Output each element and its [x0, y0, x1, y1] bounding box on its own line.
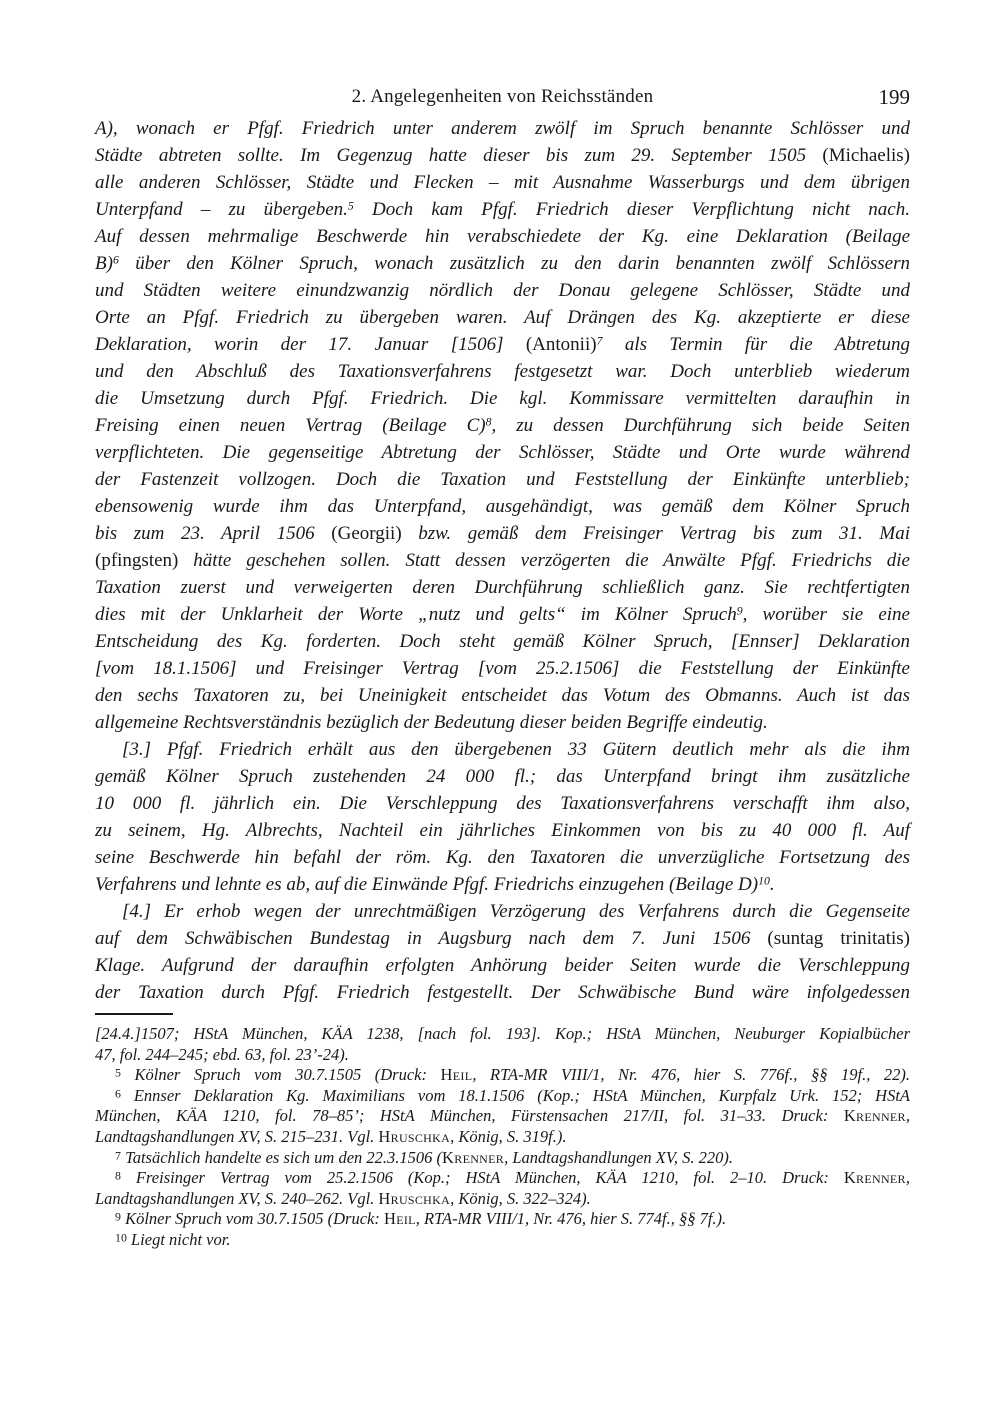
body-text-line: verpflichteten. Die gegenseitige Abtretu…	[95, 439, 910, 466]
running-head: 2. Angelegenheiten von Reichsständen 199	[95, 84, 910, 110]
body-text-line: Deklaration, worin der 17. Januar [1506]…	[95, 331, 910, 358]
body-text-line: auf dem Schwäbischen Bundestag in Augsbu…	[95, 925, 910, 952]
body-text-line: den sechs Taxatoren zu, bei Uneinigkeit …	[95, 682, 910, 709]
book-page: 2. Angelegenheiten von Reichsständen 199…	[0, 0, 1004, 1418]
body-text-line: Städte abtreten sollte. Im Gegenzug hatt…	[95, 142, 910, 169]
footnotes: [24.4.]1507; HStA München, KÄA 1238, [na…	[95, 1024, 910, 1251]
body-text-line: dies mit der Unklarheit der Worte „nutz …	[95, 601, 910, 628]
body-text-line: Verfahrens und lehnte es ab, auf die Ein…	[95, 871, 910, 898]
footnote-line: Landtagshandlungen XV, S. 240–262. Vgl. …	[95, 1189, 910, 1210]
body-text-line: B)6 über den Kölner Spruch, wonach zusät…	[95, 250, 910, 277]
body-text-line: ebensowenig wurde ihm das Unterpfand, au…	[95, 493, 910, 520]
footnote-line: 47, fol. 244–245; ebd. 63, fol. 23’-24).	[95, 1045, 910, 1066]
footnote-line: 7 Tatsächlich handelte es sich um den 22…	[95, 1148, 910, 1169]
body-text-line: zu seinem, Hg. Albrechts, Nachteil ein j…	[95, 817, 910, 844]
body-text-line: Freising einen neuen Vertrag (Beilage C)…	[95, 412, 910, 439]
body-text-line: Auf dessen mehrmalige Beschwerde hin ver…	[95, 223, 910, 250]
body-text-line: [4.] Er erhob wegen der unrechtmäßigen V…	[95, 898, 910, 925]
body-text-line: die Umsetzung durch Pfgf. Friedrich. Die…	[95, 385, 910, 412]
body-text-line: bis zum 23. April 1506 (Georgii) bzw. ge…	[95, 520, 910, 547]
body-text-line: Unterpfand – zu übergeben.5 Doch kam Pfg…	[95, 196, 910, 223]
footnote-line: München, KÄA 1210, fol. 78–85’; HStA Mün…	[95, 1106, 910, 1127]
footnote-line: 6 Ennser Deklaration Kg. Maximilians vom…	[95, 1086, 910, 1107]
footnote-separator	[95, 1013, 173, 1015]
body-text-line: seine Beschwerde hin befahl der röm. Kg.…	[95, 844, 910, 871]
body-text-line: gemäß Kölner Spruch zustehenden 24 000 f…	[95, 763, 910, 790]
body-text-line: allgemeine Rechtsverständnis bezüglich d…	[95, 709, 910, 736]
body-text-line: [3.] Pfgf. Friedrich erhält aus den über…	[95, 736, 910, 763]
body-text-line: A), wonach er Pfgf. Friedrich unter ande…	[95, 115, 910, 142]
body-text-line: der Fastenzeit vollzogen. Doch die Taxat…	[95, 466, 910, 493]
body-text-line: der Taxation durch Pfgf. Friedrich festg…	[95, 979, 910, 1006]
body-text-line: und Städten weitere einundzwanzig nördli…	[95, 277, 910, 304]
section-title: 2. Angelegenheiten von Reichsständen	[95, 84, 910, 110]
body-text-line: Taxation zuerst und verweigerten deren D…	[95, 574, 910, 601]
body-text-line: (pfingsten) hätte geschehen sollen. Stat…	[95, 547, 910, 574]
footnote-line: 10 Liegt nicht vor.	[95, 1230, 910, 1251]
body-text-line: Entscheidung des Kg. forderten. Doch ste…	[95, 628, 910, 655]
body-text-line: [vom 18.1.1506] und Freisinger Vertrag […	[95, 655, 910, 682]
footnote-line: [24.4.]1507; HStA München, KÄA 1238, [na…	[95, 1024, 910, 1045]
footnote-line: 5 Kölner Spruch vom 30.7.1505 (Druck: He…	[95, 1065, 910, 1086]
body-text-line: Orte an Pfgf. Friedrich zu übergeben war…	[95, 304, 910, 331]
body-text: A), wonach er Pfgf. Friedrich unter ande…	[95, 115, 910, 1006]
body-text-line: und den Abschluß des Taxationsverfahrens…	[95, 358, 910, 385]
page-number: 199	[879, 84, 911, 110]
footnote-line: 9 Kölner Spruch vom 30.7.1505 (Druck: He…	[95, 1209, 910, 1230]
footnote-line: 8 Freisinger Vertrag vom 25.2.1506 (Kop.…	[95, 1168, 910, 1189]
body-text-line: 10 000 fl. jährlich ein. Die Verschleppu…	[95, 790, 910, 817]
body-text-line: alle anderen Schlösser, Städte und Fleck…	[95, 169, 910, 196]
body-text-line: Klage. Aufgrund der daraufhin erfolgten …	[95, 952, 910, 979]
footnote-line: Landtagshandlungen XV, S. 215–231. Vgl. …	[95, 1127, 910, 1148]
